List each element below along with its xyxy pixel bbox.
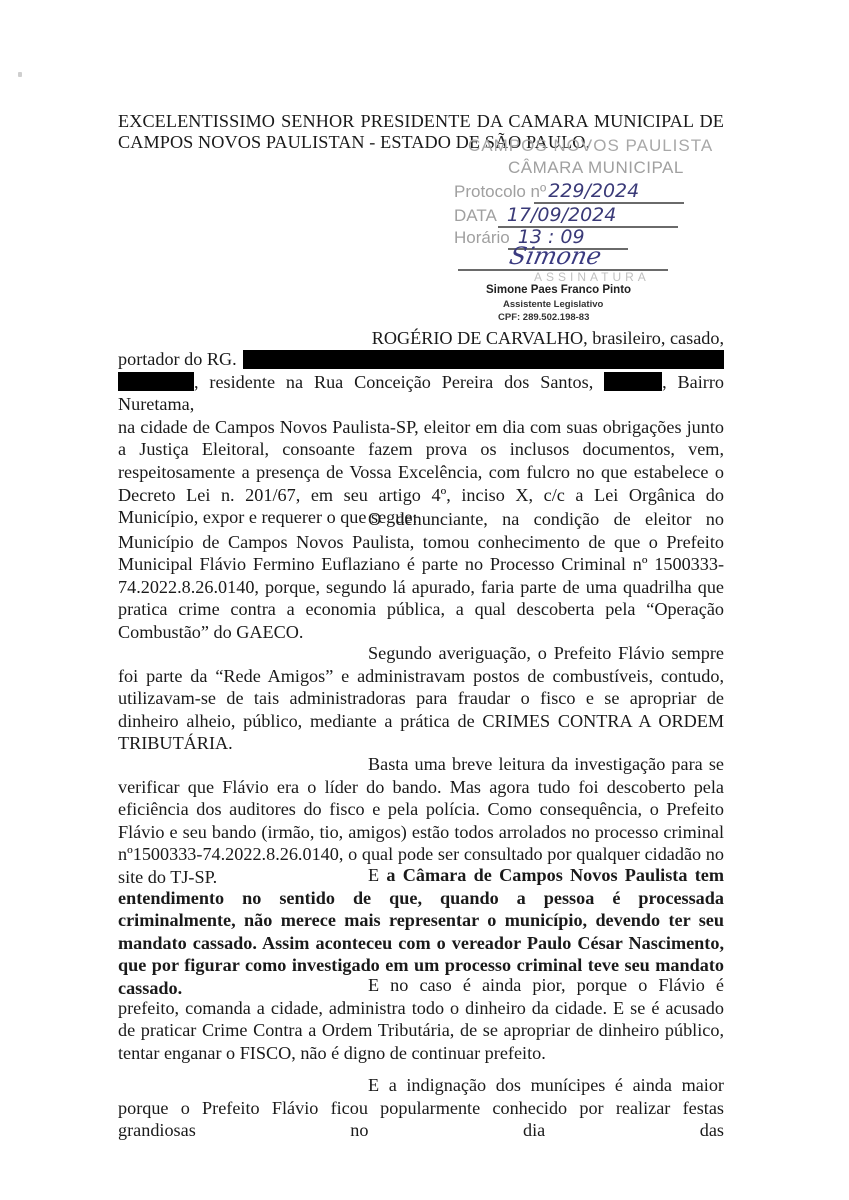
document-page: EXCELENTISSIMO SENHOR PRESIDENTE DA CAMA…	[0, 0, 849, 1200]
stamp-date-label: DATA	[454, 206, 497, 225]
stamp-protocol-value: 229/2024	[548, 180, 639, 202]
intro-paragraph: portador do RG. , residente na Rua Conce…	[118, 348, 724, 529]
paragraph-1: O denunciante, na condição de eleitor no…	[118, 508, 724, 644]
signer-role: Assistente Legislativo	[503, 299, 603, 310]
scan-speck	[18, 72, 22, 77]
redacted-rg-continuation	[118, 372, 194, 391]
protocol-stamp: CAMPOS NOVOS PAULISTA CÂMARA MUNICIPAL P…	[448, 136, 748, 336]
residence-text: , residente na Rua Conceição Pereira dos…	[194, 372, 593, 392]
stamp-date-value: 17/09/2024	[507, 204, 617, 226]
paragraph-4-lead: E	[368, 865, 386, 885]
signature: Simone	[507, 242, 604, 270]
redacted-rg	[243, 350, 724, 369]
paragraph-6: E a indignação dos munícipes é ainda mai…	[118, 1074, 724, 1142]
paragraph-5: E no caso é ainda pior, porque o Flávio …	[118, 974, 724, 1064]
petitioner-name-line: ROGÉRIO DE CARVALHO, brasileiro, casado,	[118, 328, 724, 349]
signer-cpf: CPF: 289.502.198-83	[498, 312, 589, 323]
redacted-house-number	[604, 372, 662, 391]
heading-line-1: EXCELENTISSIMO SENHOR PRESIDENTE DA CAMA…	[118, 111, 724, 132]
stamp-city: CAMPOS NOVOS PAULISTA	[468, 136, 713, 156]
signer-name: Simone Paes Franco Pinto	[486, 284, 631, 296]
stamp-protocol-label: Protocolo nº	[454, 182, 546, 201]
rg-label: portador do RG.	[118, 348, 237, 371]
stamp-chamber: CÂMARA MUNICIPAL	[508, 158, 684, 178]
stamp-date: DATA17/09/2024	[454, 204, 616, 226]
stamp-protocol: Protocolo nº229/2024	[454, 180, 639, 202]
stamp-time-label: Horário	[454, 228, 510, 247]
paragraph-2: Segundo averiguação, o Prefeito Flávio s…	[118, 642, 724, 755]
stamp-signature-label: ASSINATURA	[534, 270, 650, 284]
